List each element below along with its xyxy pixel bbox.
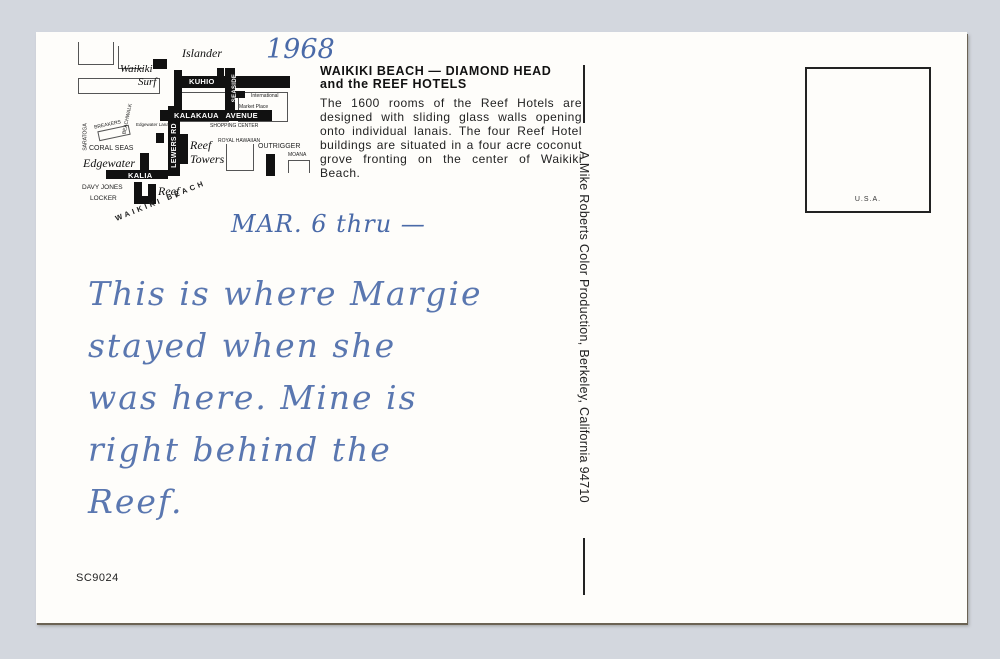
stamp-box: U.S.A. (805, 67, 931, 213)
map-building-reef-towers (178, 134, 188, 164)
map-label-kuhio: KUHIO (189, 77, 215, 86)
divider-top (583, 65, 585, 123)
map-building (217, 68, 224, 76)
map-building-edgewater (140, 153, 149, 171)
postcard-back: Islander Waikiki Surf KUHIO SEASIDE Inte… (36, 32, 967, 623)
map-block-outline (78, 42, 114, 65)
card-title: WAIKIKI BEACH — DIAMOND HEAD and the REE… (320, 65, 560, 91)
map-label-lewers-rd: LEWERS RD (171, 123, 178, 168)
map-label-beachwalk: BEACHWALK (121, 103, 133, 135)
card-description: The 1600 rooms of the Reef Hotels are de… (320, 96, 582, 180)
map-building (156, 133, 164, 143)
map-building (153, 59, 167, 69)
map-label-market-place: Market Place (239, 104, 268, 110)
map-block-outline (288, 160, 310, 173)
publisher-credit: A Mike Roberts Color Production, Berkele… (578, 124, 590, 529)
handwritten-date: MAR. 6 thru — (231, 210, 426, 238)
handwritten-year: 1968 (266, 34, 335, 65)
map-label-waikiki-surf: Surf (138, 76, 156, 88)
publisher-credit-text: A Mike Roberts Color Production, Berkele… (577, 151, 591, 503)
map-label-international: International (251, 93, 279, 99)
map-label-coral-seas: CORAL SEAS (89, 145, 133, 152)
map-label-seaside: SEASIDE (232, 74, 238, 102)
map-label-waikiki-surf: Waikiki (120, 63, 153, 75)
map-label-edgewater: Edgewater (83, 156, 135, 171)
map-building-reef (148, 184, 156, 198)
card-title-line2: and the REEF HOTELS (320, 78, 560, 91)
map-label-kalakaua: KALAKAUA AVENUE (174, 111, 258, 120)
map-label-saratoga: SARATOGA (83, 123, 89, 150)
stamp-box-label: U.S.A. (807, 196, 929, 203)
map-label-reef-towers: Towers (190, 152, 224, 167)
map-label-reef-towers: Reef (190, 138, 211, 153)
map-block-outline (226, 144, 254, 171)
divider-bottom (583, 538, 585, 595)
map-label-edgewater-lanais: Edgewater Lanais (136, 122, 172, 127)
map-building-outrigger (266, 154, 275, 176)
waikiki-map: Islander Waikiki Surf KUHIO SEASIDE Inte… (76, 38, 316, 228)
handwritten-message: This is where Margie stayed when she was… (88, 268, 483, 528)
map-label-shopping-center: SHOPPING CENTER (210, 123, 258, 129)
map-label-royal-hawaiian: ROYAL HAWAIIAN (218, 138, 260, 144)
map-label-outrigger: OUTRIGGER (258, 143, 300, 150)
map-label-moana: MOANA (288, 152, 306, 158)
map-label-davy-jones: DAVY JONES (82, 184, 123, 191)
map-label-davy-jones: LOCKER (90, 195, 117, 202)
card-code: SC9024 (76, 572, 119, 584)
map-label-kalia: KALIA (128, 171, 152, 180)
map-label-islander: Islander (182, 46, 222, 61)
